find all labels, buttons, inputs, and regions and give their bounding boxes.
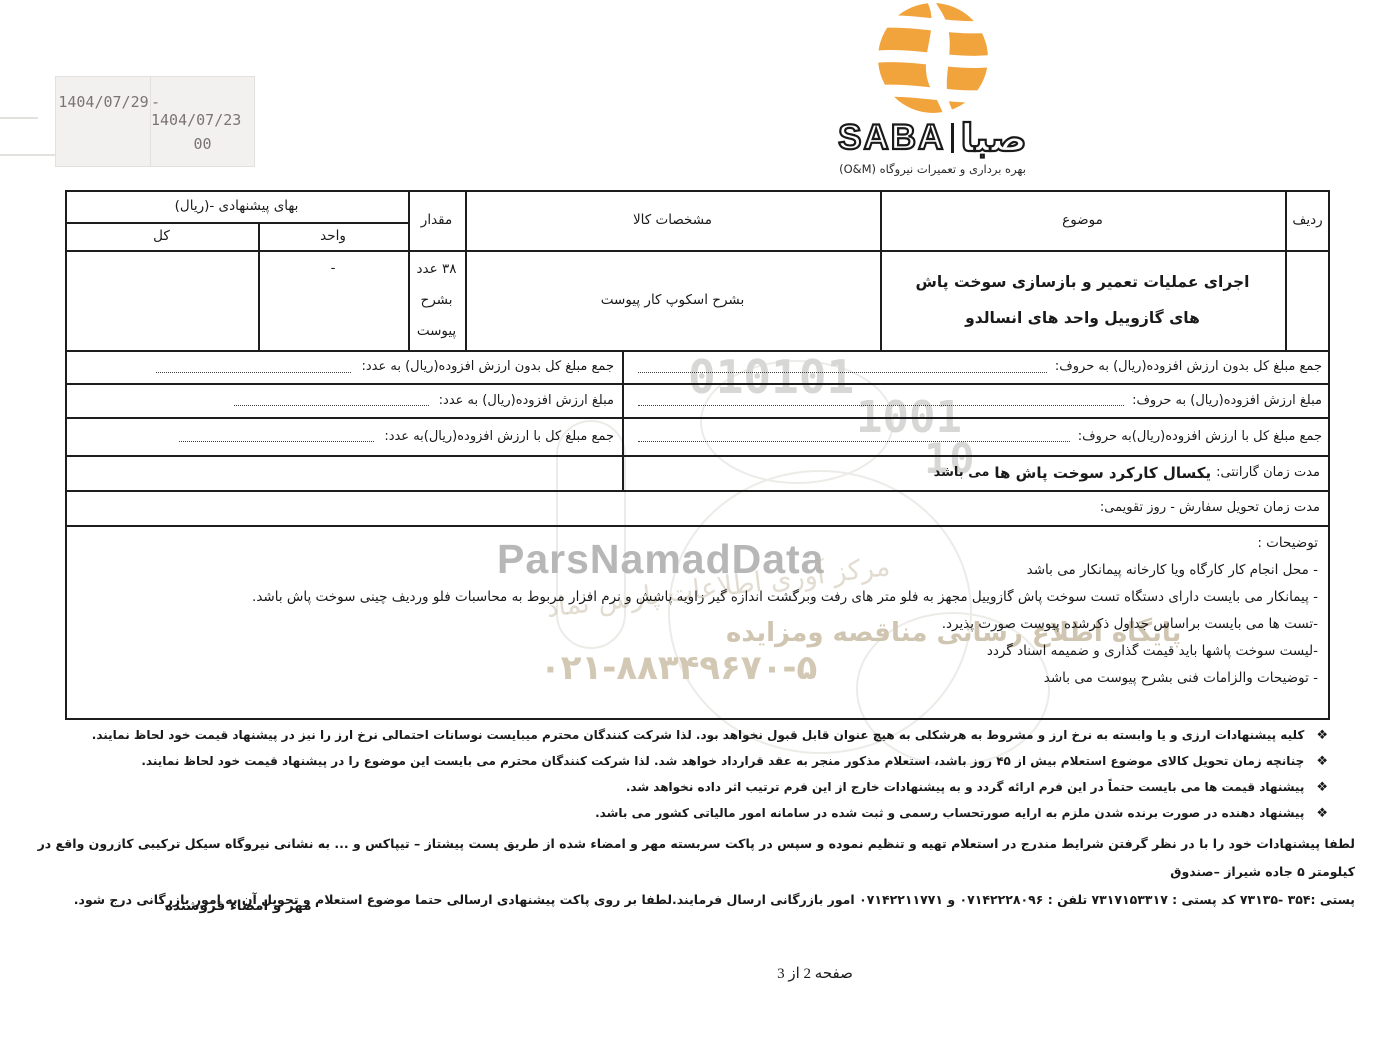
row-subject: اجرای عملیات تعمیر و بازسازی سوخت پاش ها… — [880, 250, 1285, 350]
amount-digits-label: مبلغ ارزش افزوده(ریال) به عدد: — [439, 393, 614, 408]
footnote-text: کلیه پیشنهادات ارزی و یا وابسته به نرخ ا… — [92, 728, 1305, 742]
page-edge-artifact — [0, 117, 38, 119]
dotted-fill-line — [156, 371, 351, 373]
date-stamp-box-2: - 1404/07/23 00 — [150, 76, 255, 167]
row-unit-price: - — [258, 250, 408, 350]
guarantee-label: مدت زمان گارانتی: — [1216, 465, 1320, 480]
dotted-fill-line — [638, 404, 1124, 406]
footnote-item: ❖ کلیه پیشنهادات ارزی و یا وابسته به نرخ… — [65, 722, 1330, 748]
seller-signature-label: مهر و امضاء فروشنده — [165, 898, 312, 914]
scanned-inquiry-form-page: { "header": { "date_box": { "date1": "14… — [0, 0, 1373, 1045]
column-header-subject: موضوع — [880, 190, 1285, 250]
diamond-bullet-icon: ❖ — [1316, 728, 1328, 743]
row-qty: ۳۸ عدد بشرح پیوست — [408, 250, 465, 350]
column-header-specs: مشخصات کالا — [465, 190, 880, 250]
guarantee-value: یکسال کارکرد سوخت پاش ها — [994, 464, 1211, 482]
row-specs: بشرح اسکوپ کار پیوست — [465, 250, 880, 350]
column-header-unit: واحد — [258, 222, 408, 250]
notes-title: توضیحات : — [77, 530, 1318, 557]
diamond-bullet-icon: ❖ — [1316, 780, 1328, 795]
qty-line: پیوست — [417, 316, 456, 347]
saba-logo-icon — [849, 2, 1017, 116]
amount-digits-row-2: مبلغ ارزش افزوده(ریال) به عدد: — [65, 383, 622, 417]
notes-box: توضیحات : - محل انجام کار کارگاه ویا کار… — [65, 525, 1330, 718]
table-line — [65, 718, 1330, 720]
amount-words-row-3: جمع مبلغ کل با ارزش افزوده(ریال)به حروف: — [622, 417, 1330, 455]
date-value: - 1404/07/23 — [151, 93, 254, 129]
logo-tagline: بهره برداری و تعمیرات نیروگاه (O&M) — [839, 162, 1026, 176]
dotted-fill-line — [638, 440, 1070, 442]
dotted-fill-line — [179, 440, 374, 442]
inquiry-table: ردیف موضوع مشخصات کالا مقدار بهای پیشنها… — [65, 190, 1330, 720]
qty-line: ۳۸ عدد — [417, 254, 457, 285]
amount-digits-label: جمع مبلغ کل بدون ارزش افزوده(ریال) به عد… — [361, 359, 614, 374]
logo-text-fa: صبا — [960, 121, 1027, 155]
footnote-item: ❖ پیشنهاد دهنده در صورت برنده شدن ملزم ب… — [65, 800, 1330, 826]
column-header-price: بهای پیشنهادی -(ریال) — [65, 190, 408, 222]
guarantee-suffix: می باشد — [934, 465, 990, 480]
logo-text-en: SABA — [838, 118, 945, 158]
footnote-text: چنانچه زمان تحویل کالای موضوع استعلام بی… — [141, 754, 1304, 768]
notes-item: - پیمانکار می بایست دارای دستگاه تست سوخ… — [77, 584, 1318, 611]
footnote-item: ❖ پیشنهاد قیمت ها می بایست حتماً در این … — [65, 774, 1330, 800]
amount-digits-row-1: جمع مبلغ کل بدون ارزش افزوده(ریال) به عد… — [65, 350, 622, 383]
notes-item: -لیست سوخت پاشها باید قیمت گذاری و ضمیمه… — [77, 638, 1318, 665]
page-number: صفحه 2 از 3 — [700, 964, 930, 983]
notes-item: - توضیحات والزامات فنی بشرح پیوست می باش… — [77, 665, 1318, 692]
diamond-bullet-icon: ❖ — [1316, 754, 1328, 769]
guarantee-row: مدت زمان گارانتی: یکسال کارکرد سوخت پاش … — [622, 455, 1330, 490]
footnotes-list: ❖ کلیه پیشنهادات ارزی و یا وابسته به نرخ… — [65, 722, 1330, 826]
amount-words-label: جمع مبلغ کل بدون ارزش افزوده(ریال) به حر… — [1055, 359, 1322, 374]
column-header-total: کل — [65, 222, 258, 250]
amount-digits-label: جمع مبلغ کل با ارزش افزوده(ریال)به عدد: — [384, 429, 614, 444]
time-value: 00 — [193, 135, 211, 153]
qty-line: بشرح — [421, 285, 453, 316]
instructions-line: لطفا پیشنهادات خود را با در نظر گرفتن شر… — [18, 830, 1355, 886]
date-stamp-box-1: 1404/07/29 — [55, 76, 152, 167]
diamond-bullet-icon: ❖ — [1316, 806, 1328, 821]
logo-wordmark: SABA صبا — [838, 118, 1027, 158]
row-radif — [1285, 250, 1330, 350]
delivery-row: مدت زمان تحویل سفارش - روز تقویمی: — [65, 490, 1330, 525]
notes-item: - محل انجام کار کارگاه ویا کارخانه پیمان… — [77, 557, 1318, 584]
amount-words-label: جمع مبلغ کل با ارزش افزوده(ریال)به حروف: — [1078, 429, 1322, 444]
column-header-qty: مقدار — [408, 190, 465, 250]
amount-words-label: مبلغ ارزش افزوده(ریال) به حروف: — [1132, 393, 1322, 408]
company-logo: SABA صبا بهره برداری و تعمیرات نیروگاه (… — [795, 2, 1070, 176]
dotted-fill-line — [234, 404, 429, 406]
footnote-item: ❖ چنانچه زمان تحویل کالای موضوع استعلام … — [65, 748, 1330, 774]
page-edge-artifact — [0, 154, 55, 156]
logo-divider — [951, 123, 954, 153]
amount-words-row-2: مبلغ ارزش افزوده(ریال) به حروف: — [622, 383, 1330, 417]
amount-digits-row-3: جمع مبلغ کل با ارزش افزوده(ریال)به عدد: — [65, 417, 622, 455]
footnote-text: پیشنهاد دهنده در صورت برنده شدن ملزم به … — [595, 806, 1304, 820]
column-header-radif: ردیف — [1285, 190, 1330, 250]
date-value: 1404/07/29 — [58, 93, 148, 111]
dotted-fill-line — [638, 371, 1047, 373]
row-total-price — [65, 250, 258, 350]
amount-words-row-1: جمع مبلغ کل بدون ارزش افزوده(ریال) به حر… — [622, 350, 1330, 383]
footnote-text: پیشنهاد قیمت ها می بایست حتماً در این فر… — [626, 780, 1305, 794]
notes-item: -تست ها می بایست براساس جداول ذکرشده پیو… — [77, 611, 1318, 638]
